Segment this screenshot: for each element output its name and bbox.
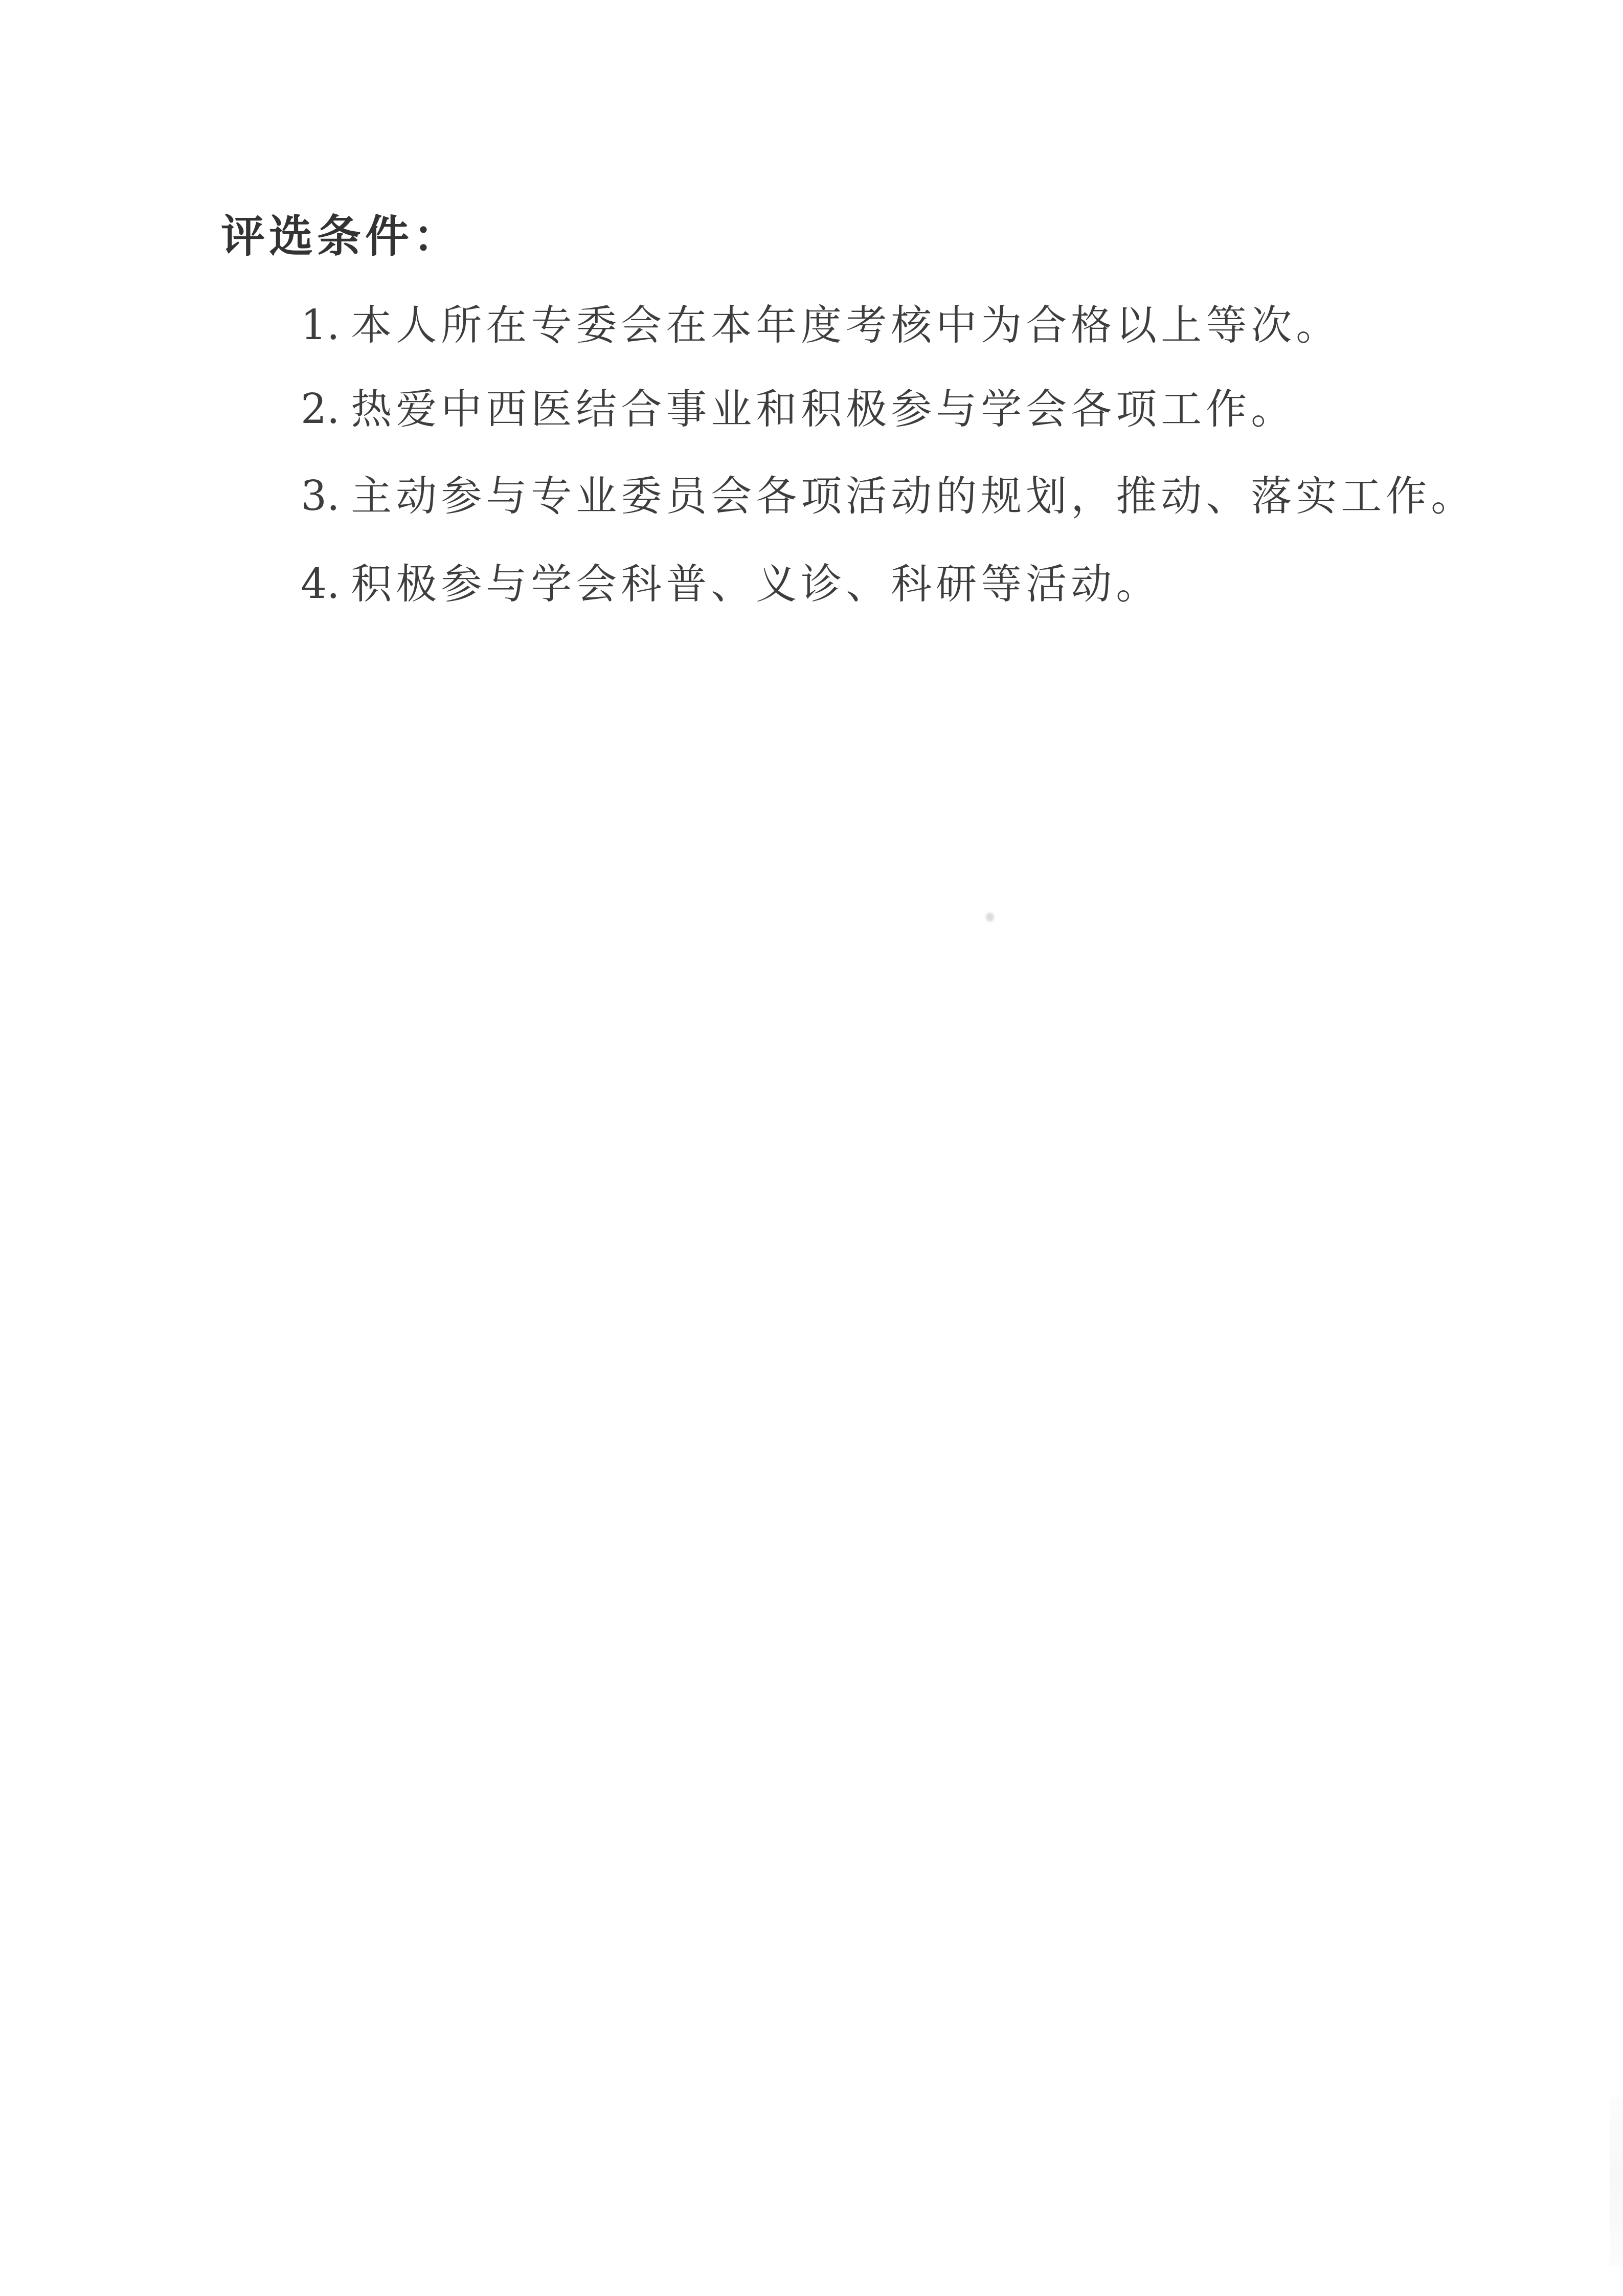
list-item: 1.本人所在专委会在本年度考核中为合格以上等次。 xyxy=(301,303,1341,348)
list-item: 3.主动参与专业委员会各项活动的规划，推动、落实工作。 xyxy=(301,474,1476,519)
list-item-number: 4. xyxy=(301,562,340,607)
list-item-number: 3. xyxy=(301,474,340,519)
list-item-text: 积极参与学会科普、义诊、科研等活动。 xyxy=(351,560,1161,608)
document-page: 评选条件： 1.本人所在专委会在本年度考核中为合格以上等次。 2.热爱中西医结合… xyxy=(0,0,1623,2296)
list-item-number: 1. xyxy=(301,303,340,348)
page-heading: 评选条件： xyxy=(221,215,461,259)
list-item: 4.积极参与学会科普、义诊、科研等活动。 xyxy=(301,562,1161,607)
list-item-number: 2. xyxy=(301,387,340,432)
scan-speck-artifact xyxy=(986,912,994,922)
list-item-text: 本人所在专委会在本年度考核中为合格以上等次。 xyxy=(351,301,1341,349)
scan-edge-artifact xyxy=(1610,2097,1623,2266)
list-item: 2.热爱中西医结合事业和积极参与学会各项工作。 xyxy=(301,387,1296,432)
list-item-text: 热爱中西医结合事业和积极参与学会各项工作。 xyxy=(351,385,1296,433)
list-item-text: 主动参与专业委员会各项活动的规划，推动、落实工作。 xyxy=(351,472,1476,520)
